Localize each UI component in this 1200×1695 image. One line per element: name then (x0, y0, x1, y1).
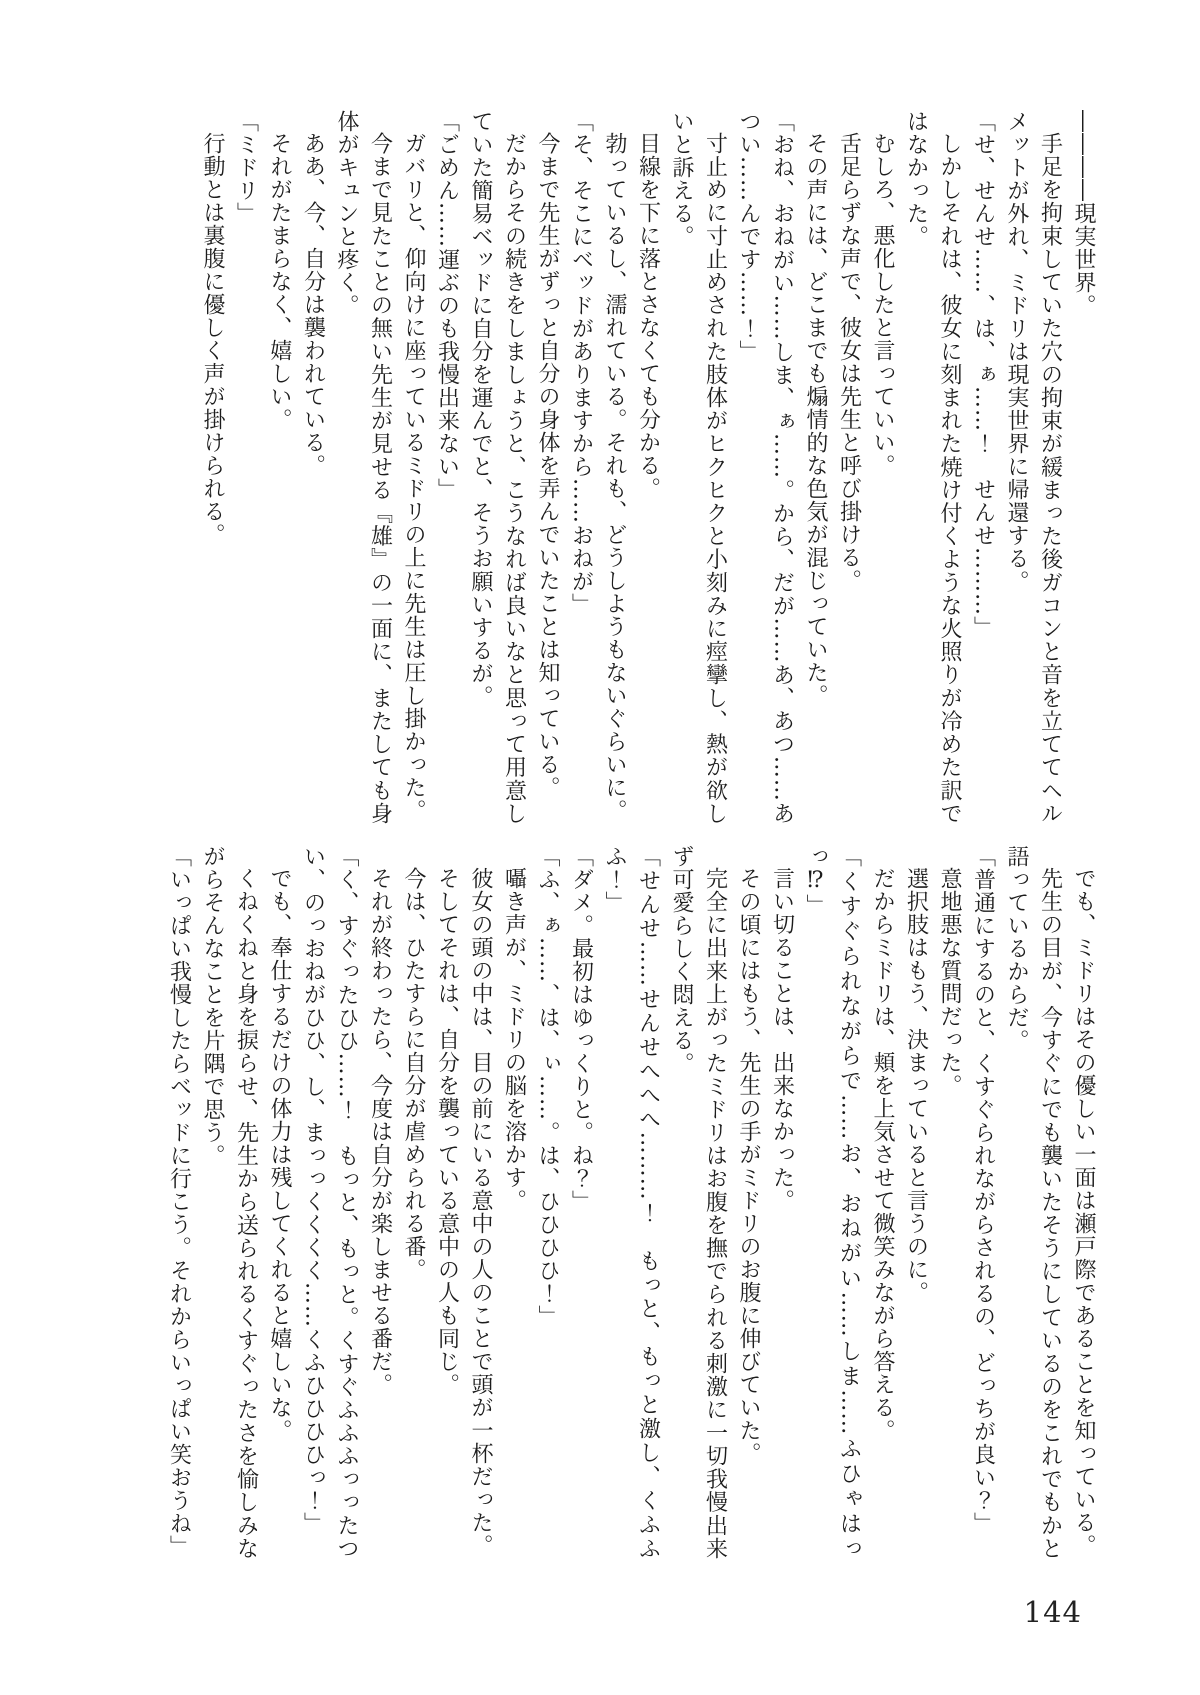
paragraph: 「せ、せんせ……、は、ぁ……！ せんせ………」 (966, 110, 1000, 825)
paragraph: くねくねと身を捩らせ、先生から送られるくすぐったさを愉しみながらそんなことを片隅… (196, 845, 263, 1560)
paragraph: 「ダメ。最初はゆっくりと。ね？」 (564, 845, 598, 1560)
paragraph: そしてそれは、自分を襲っている意中の人も同じ。 (430, 845, 464, 1560)
paragraph: 今まで見たことの無い先生が見せる『雄』の一面に、またしても身体がキュンと疼く。 (330, 110, 397, 825)
paragraph: 今まで先生がずっと自分の身体を弄んでいたことは知っている。 (531, 110, 565, 825)
paragraph: それがたまらなく、嬉しい。 (263, 110, 297, 825)
paragraph: 行動とは裏腹に優しく声が掛けられる。 (196, 110, 230, 825)
paragraph: ガバリと、仰向けに座っているミドリの上に先生は圧し掛かった。 (397, 110, 431, 825)
paragraph: 今は、ひたすらに自分が虐められる番。 (397, 845, 431, 1560)
paragraph: 舌足らずな声で、彼女は先生と呼び掛ける。 (832, 110, 866, 825)
paragraph: 完全に出来上がったミドリはお腹を撫でられる刺激に一切我慢出来ず可愛らしく悶える。 (665, 845, 732, 1560)
paragraph: 手足を拘束していた穴の拘束が緩まった後ガコンと音を立ててヘルメットが外れ、ミドリ… (1000, 110, 1067, 825)
paragraph: その頃にはもう、先生の手がミドリのお腹に伸びていた。 (732, 845, 766, 1560)
lower-text-block: でも、ミドリはその優しい一面は瀬戸際であることを知っている。先生の目が、今すぐに… (162, 845, 1100, 1560)
paragraph: 「そ、そこにベッドがありますから……おねが」 (564, 110, 598, 825)
paragraph: でも、ミドリはその優しい一面は瀬戸際であることを知っている。 (1067, 845, 1101, 1560)
paragraph: 勃っているし、濡れている。それも、どうしようもないぐらいに。 (598, 110, 632, 825)
paragraph: 目線を下に落とさなくても分かる。 (631, 110, 665, 825)
paragraph: ああ、今、自分は襲われている。 (296, 110, 330, 825)
novel-page: ――――現実世界。手足を拘束していた穴の拘束が緩まった後ガコンと音を立ててヘルメ… (0, 0, 1200, 1695)
upper-text-block: ――――現実世界。手足を拘束していた穴の拘束が緩まった後ガコンと音を立ててヘルメ… (196, 110, 1101, 825)
paragraph: でも、奉仕するだけの体力は残してくれると嬉しいな。 (263, 845, 297, 1560)
paragraph: 彼女の頭の中は、目の前にいる意中の人のことで頭が一杯だった。 (464, 845, 498, 1560)
paragraph: 寸止めに寸止めされた肢体がヒクヒクと小刻みに痙攣し、熱が欲しいと訴える。 (665, 110, 732, 825)
paragraph: 「く、すぐったひひ……！ もっと、もっと。くすぐふふふっったつい、のっおねがひひ… (296, 845, 363, 1560)
paragraph: 先生の目が、今すぐにでも襲いたそうにしているのをこれでもかと語っているからだ。 (1000, 845, 1067, 1560)
page-number: 144 (1024, 1595, 1082, 1629)
paragraph: その声には、どこまでも煽情的な色気が混じっていた。 (799, 110, 833, 825)
paragraph: それが終わったら、今度は自分が楽しませる番だ。 (363, 845, 397, 1560)
paragraph: 囁き声が、ミドリの脳を溶かす。 (497, 845, 531, 1560)
paragraph: しかしそれは、彼女に刻まれた焼け付くような火照りが冷めた訳ではなかった。 (899, 110, 966, 825)
paragraph: だからミドリは、頬を上気させて微笑みながら答える。 (866, 845, 900, 1560)
paragraph: 「くすぐられながらで……お、おねがい……しま……ふひゃはっっ⁉」 (799, 845, 866, 1560)
paragraph: 「いっぱい我慢したらベッドに行こう。それからいっぱい笑おうね」 (162, 845, 196, 1560)
paragraph: 「普通にするのと、くすぐられながらされるの、どっちが良い？」 (966, 845, 1000, 1560)
paragraph: ――――現実世界。 (1067, 110, 1101, 825)
paragraph: 「ふ、ぁ……、は、ぃ……。は、ひひひひ！」 (531, 845, 565, 1560)
paragraph: 「ごめん……運ぶのも我慢出来ない」 (430, 110, 464, 825)
paragraph: むしろ、悪化したと言っていい。 (866, 110, 900, 825)
paragraph: 「ミドリ」 (229, 110, 263, 825)
paragraph: 「おね、おねがい……しま、ぁ……。から、だが……あ、あつ……あつい……んです……… (732, 110, 799, 825)
paragraph: 意地悪な質問だった。 (933, 845, 967, 1560)
paragraph: だからその続きをしましょうと、こうなれば良いなと思って用意していた簡易ベッドに自… (464, 110, 531, 825)
paragraph: 「せんせ……せんせへへへ………！ もっと、もっと激し、くふふふ！」 (598, 845, 665, 1560)
paragraph: 言い切ることは、出来なかった。 (765, 845, 799, 1560)
paragraph: 選択肢はもう、決まっていると言うのに。 (899, 845, 933, 1560)
